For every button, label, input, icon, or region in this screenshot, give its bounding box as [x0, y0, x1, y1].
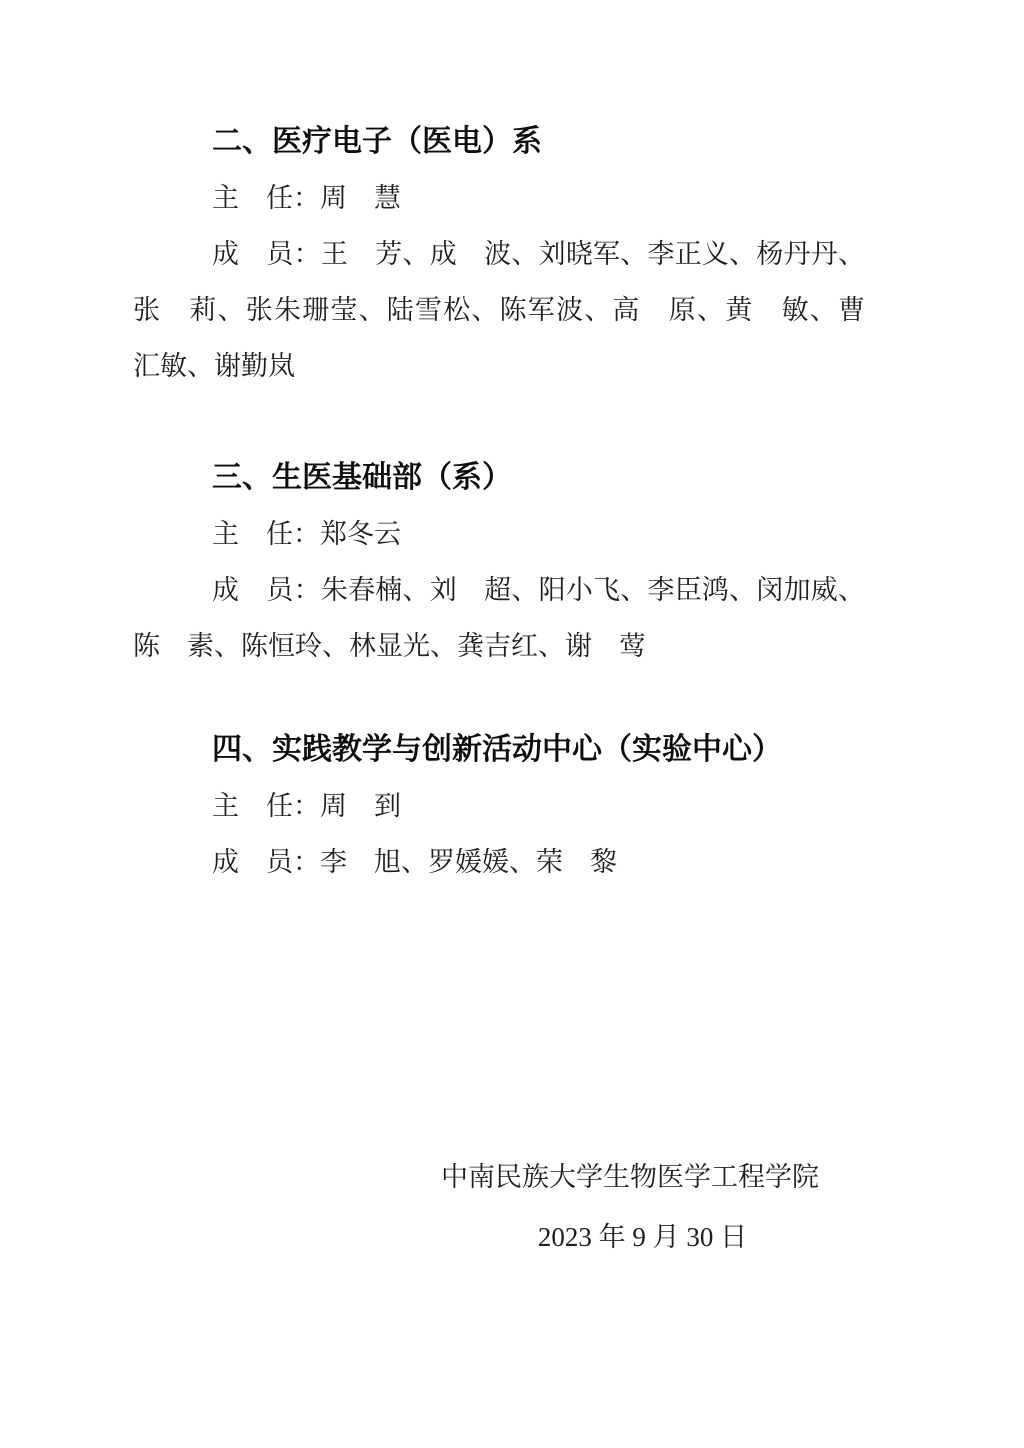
organization-name: 中南民族大学生物医学工程学院	[380, 1147, 880, 1207]
section-heading: 二、医疗电子（医电）系	[133, 114, 865, 170]
members-line-continuation: 陈 素、陈恒玲、林显光、龚吉红、谢 莺	[133, 618, 865, 674]
section-practice-teaching-center: 四、实践教学与创新活动中心（实验中心） 主 任：周 到 成 员：李 旭、罗媛媛、…	[133, 722, 865, 890]
signature-block: 中南民族大学生物医学工程学院 2023 年 9 月 30 日	[380, 1147, 880, 1267]
signature-date: 2023 年 9 月 30 日	[380, 1207, 880, 1267]
members-line: 成 员：朱春楠、刘 超、阳小飞、李臣鸿、闵加威、	[133, 562, 865, 618]
members-line-continuation: 汇敏、谢勤岚	[133, 338, 865, 394]
members-line-continuation: 张 莉、张朱珊莹、陆雪松、陈军波、高 原、黄 敏、曹	[133, 282, 865, 338]
section-heading: 四、实践教学与创新活动中心（实验中心）	[133, 722, 865, 778]
section-medical-electronics: 二、医疗电子（医电）系 主 任：周 慧 成 员：王 芳、成 波、刘晓军、李正义、…	[133, 114, 865, 394]
members-line: 成 员：李 旭、罗媛媛、荣 黎	[133, 834, 865, 890]
section-biomed-foundation: 三、生医基础部（系） 主 任：郑冬云 成 员：朱春楠、刘 超、阳小飞、李臣鸿、闵…	[133, 450, 865, 674]
members-line: 成 员：王 芳、成 波、刘晓军、李正义、杨丹丹、	[133, 226, 865, 282]
document-page: 二、医疗电子（医电）系 主 任：周 慧 成 员：王 芳、成 波、刘晓军、李正义、…	[0, 0, 1024, 1448]
director-line: 主 任：郑冬云	[133, 506, 865, 562]
section-heading: 三、生医基础部（系）	[133, 450, 865, 506]
director-line: 主 任：周 慧	[133, 170, 865, 226]
director-line: 主 任：周 到	[133, 778, 865, 834]
